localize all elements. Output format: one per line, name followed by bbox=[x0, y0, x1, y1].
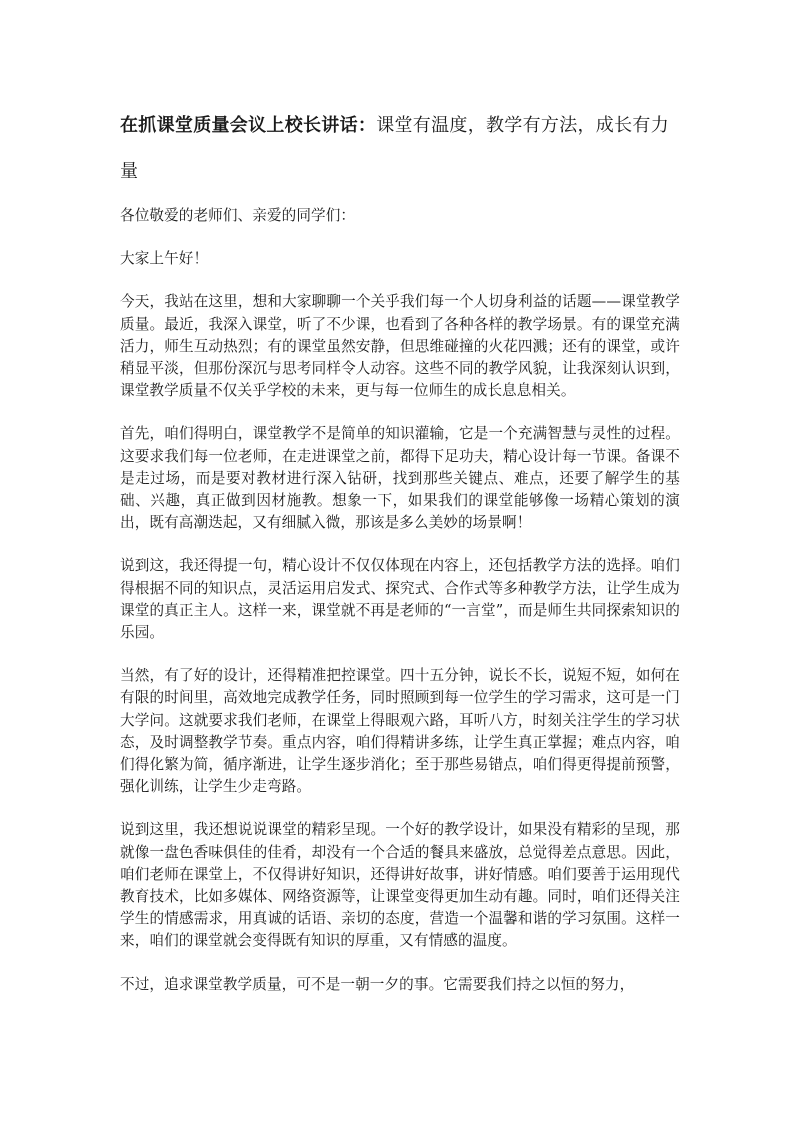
paragraph: 不过，追求课堂教学质量，可不是一朝一夕的事。它需要我们持之以恒的努力， bbox=[120, 974, 680, 996]
greeting: 各位敬爱的老师们、亲爱的同学们： bbox=[120, 205, 680, 227]
paragraph: 首先，咱们得明白，课堂教学不是简单的知识灌输，它是一个充满智慧与灵性的过程。这要… bbox=[120, 423, 680, 534]
document-page: 在抓课堂质量会议上校长讲话：课堂有温度，教学有方法，成长有力量 各位敬爱的老师们… bbox=[120, 103, 680, 1017]
paragraph: 说到这里，我还想说说课堂的精彩呈现。一个好的教学设计，如果没有精彩的呈现，那就像… bbox=[120, 819, 680, 952]
salutation: 大家上午好！ bbox=[120, 248, 680, 270]
paragraph: 当然，有了好的设计，还得精准把控课堂。四十五分钟，说长不长，说短不短，如何在有限… bbox=[120, 665, 680, 798]
paragraph: 今天，我站在这里，想和大家聊聊一个关乎我们每一个人切身利益的话题——课堂教学质量… bbox=[120, 291, 680, 402]
title-bold-part: 在抓课堂质量会议上校长讲话： bbox=[120, 115, 376, 136]
document-title: 在抓课堂质量会议上校长讲话：课堂有温度，教学有方法，成长有力量 bbox=[120, 103, 680, 195]
paragraph: 说到这，我还得提一句，精心设计不仅仅体现在内容上，还包括教学方法的选择。咱们得根… bbox=[120, 555, 680, 644]
